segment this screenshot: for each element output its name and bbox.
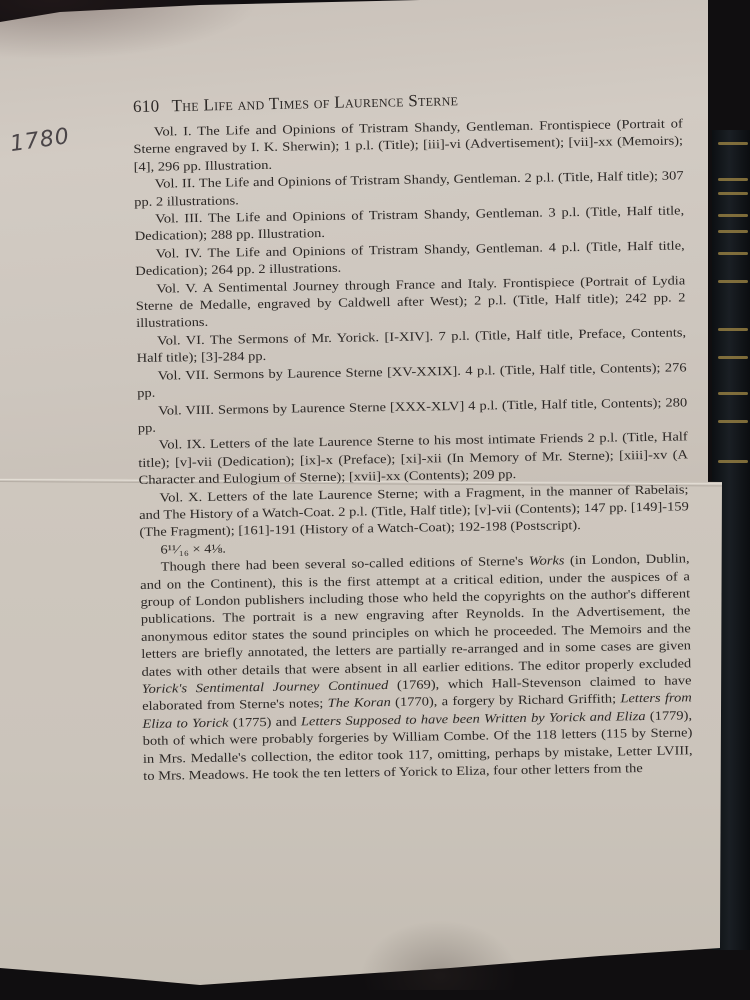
volume-label: Vol. II. [155, 176, 196, 191]
volume-entry-5: Vol. V. A Sentimental Journey through Fr… [135, 272, 685, 333]
gilt-band [718, 252, 748, 255]
volume-entry-10: Vol. X. Letters of the late Laurence Ste… [139, 481, 689, 542]
photo-scene: 1780 610 The Life and Times of Laurence … [0, 0, 750, 1000]
page-body: Vol. I. The Life and Opinions of Tristra… [133, 115, 693, 785]
volume-description: A Sentimental Journey through France and… [136, 273, 686, 330]
text-run: Though there had been several so-called … [161, 554, 529, 574]
volume-entry-9: Vol. IX. Letters of the late Laurence St… [138, 429, 688, 490]
volume-label: Vol. V. [156, 281, 197, 296]
gilt-band [718, 328, 748, 331]
gilt-band [718, 460, 748, 463]
volume-description: The Life and Opinions of Tristram Shandy… [135, 203, 685, 243]
volume-label: Vol. X. [159, 489, 202, 504]
gilt-band [718, 392, 748, 395]
volume-description: The Life and Opinions of Tristram Shandy… [134, 169, 684, 209]
volume-label: Vol. III. [155, 211, 202, 226]
volume-label: Vol. VI. [157, 333, 205, 348]
volume-description: Sermons by Laurence Sterne [XXX-XLV] 4 p… [138, 395, 688, 435]
volume-label: Vol. IV. [156, 246, 203, 261]
page-number: 610 [133, 96, 160, 116]
volume-entry-1: Vol. I. The Life and Opinions of Tristra… [133, 115, 683, 176]
gilt-band [718, 178, 748, 181]
volume-description: Letters of the late Laurence Sterne; wit… [139, 482, 689, 539]
volume-label: Vol. VIII. [158, 402, 214, 417]
italic-title: Yorick's Sentimental Journey Continued [142, 678, 389, 696]
gilt-band [718, 356, 748, 359]
shadow [0, 0, 260, 60]
gilt-band [718, 230, 748, 233]
gilt-band [718, 420, 748, 423]
gilt-band [718, 280, 748, 283]
volume-description: The Life and Opinions of Tristram Shandy… [135, 238, 685, 278]
italic-title: The Koran [328, 695, 391, 710]
volume-description: The Sermons of Mr. Yorick. [I-XIV]. 7 p.… [137, 325, 687, 365]
commentary-paragraph: Though there had been several so-called … [140, 550, 693, 785]
gilt-band [718, 214, 748, 217]
volume-description: Letters of the late Laurence Sterne to h… [138, 430, 688, 487]
italic-title: Works [529, 553, 565, 568]
volume-label: Vol. VII. [158, 368, 210, 383]
gilt-band [718, 192, 748, 195]
italic-title: Letters Supposed to have been Written by… [301, 709, 646, 728]
gilt-band [718, 142, 748, 145]
volume-label: Vol. I. [154, 124, 192, 139]
text-run: (1775) and [228, 714, 301, 729]
text-run: (1770), a forgery by Richard Griffith; [391, 692, 621, 710]
shadow [360, 920, 520, 990]
volume-label: Vol. IX. [159, 437, 206, 452]
volume-description: The Life and Opinions of Tristram Shandy… [133, 116, 683, 173]
volume-description: Sermons by Laurence Sterne [XV-XXIX]. 4 … [137, 360, 687, 400]
